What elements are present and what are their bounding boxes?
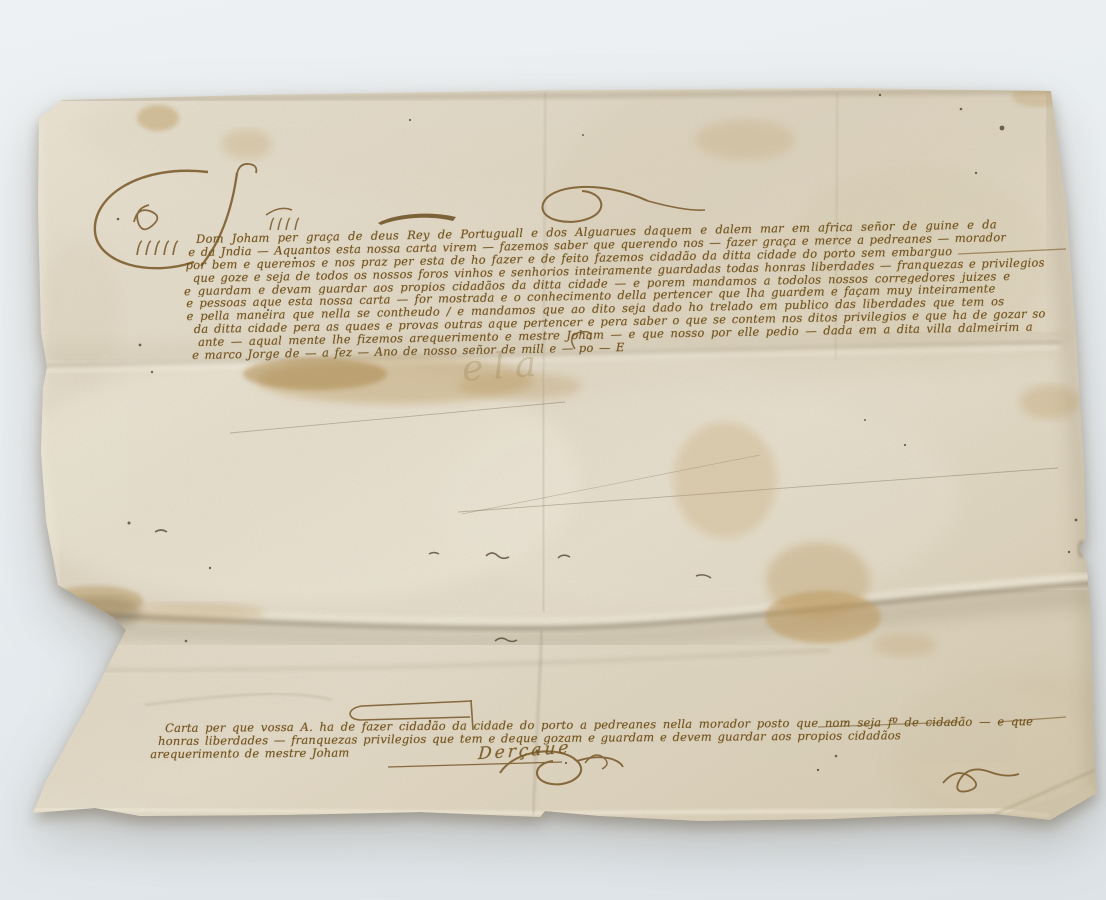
parchment-document: Dom Joham per graça de deus Rey de Portu… [0,0,1106,900]
photo-scene: Dom Joham per graça de deus Rey de Portu… [0,0,1106,900]
manuscript-text-layer: Dom Joham per graça de deus Rey de Portu… [0,0,1106,900]
manuscript-bottom-text: Carta per que vossa A. ha de fazer cidad… [165,715,1060,760]
ghost-offset-text: ela [461,343,548,390]
manuscript-top-text: Dom Joham per graça de deus Rey de Portu… [194,217,1048,362]
